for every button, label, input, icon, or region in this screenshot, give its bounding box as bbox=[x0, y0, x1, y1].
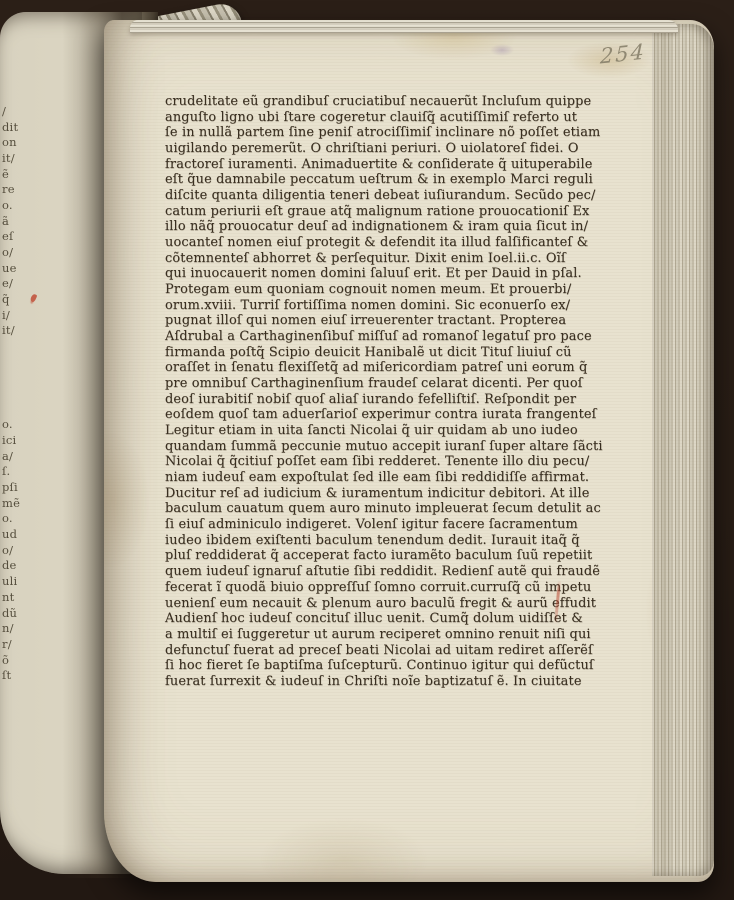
margin-fragment: it/ bbox=[2, 323, 28, 339]
margin-fragment: o. bbox=[2, 198, 28, 214]
text-line: uocanteſ nomen eiuſ protegit & defendit … bbox=[165, 235, 559, 251]
text-line: Ducitur reſ ad iudicium & iuramentum ind… bbox=[165, 486, 559, 502]
text-line: oraſſet in ſenatu flexiſſetq̃ ad miſeric… bbox=[165, 360, 559, 376]
text-line: uigilando peremerũt. O chriſtiani periur… bbox=[165, 141, 559, 157]
text-line: Legitur etiam in uita ſancti Nicolai q̃ … bbox=[165, 423, 559, 439]
text-line: diſcite quanta diligentia teneri debeat … bbox=[165, 188, 559, 204]
text-line: quem iudeuſ ignaruſ aſtutie ſibi reddidi… bbox=[165, 564, 559, 580]
text-line: quandam ſummã peccunie mutuo accepit iur… bbox=[165, 439, 559, 455]
fore-edge-stack bbox=[652, 24, 714, 876]
margin-fragment bbox=[2, 684, 28, 700]
margin-fragment: dũ bbox=[2, 606, 28, 622]
red-ink-fleck bbox=[30, 293, 38, 302]
text-line: deoſ iurabitiſ nobiſ quoſ aliaſ iurando … bbox=[165, 392, 559, 408]
margin-fragment: it/ bbox=[2, 151, 28, 167]
margin-fragment: de bbox=[2, 558, 28, 574]
margin-fragment: mẽ bbox=[2, 496, 28, 512]
text-line: firmanda poſtq̃ Scipio deuicit Hanibalẽ … bbox=[165, 345, 559, 361]
text-line: anguſto ligno ubi ſtare cogeretur clauiſ… bbox=[165, 110, 559, 126]
margin-fragment: o/ bbox=[2, 543, 28, 559]
text-block: crudelitate eũ grandibuſ cruciatibuſ nec… bbox=[165, 94, 559, 690]
text-line: crudelitate eũ grandibuſ cruciatibuſ nec… bbox=[165, 94, 559, 110]
margin-fragment bbox=[2, 386, 28, 402]
margin-fragment: ẽ bbox=[2, 167, 28, 183]
margin-fragment: on bbox=[2, 135, 28, 151]
margin-fragment: o. bbox=[2, 511, 28, 527]
margin-fragment bbox=[2, 402, 28, 418]
text-line: qui inuocauerit nomen domini ſaluuſ erit… bbox=[165, 266, 559, 282]
top-edge-stack bbox=[130, 20, 678, 33]
margin-fragment: r/ bbox=[2, 637, 28, 653]
margin-fragment: o. bbox=[2, 417, 28, 433]
margin-fragment bbox=[2, 355, 28, 371]
text-line: ſi eiuſ adminiculo indigeret. Volenſ igi… bbox=[165, 517, 559, 533]
margin-fragment bbox=[2, 339, 28, 355]
margin-fragment: dit bbox=[2, 120, 28, 136]
text-line: eoſdem quoſ tam aduerſarioſ experimur co… bbox=[165, 407, 559, 423]
margin-fragment: ſt bbox=[2, 668, 28, 684]
margin-fragments: /ditonit/ẽreo.ãeſo/uee/q̃i/it/o.icia/ſ.p… bbox=[2, 104, 28, 700]
text-line: defunctuſ fuerat ad preceſ beati Nicolai… bbox=[165, 643, 559, 659]
margin-fragment: ã bbox=[2, 214, 28, 230]
text-line: fecerat ĩ quodã biuio oppreſſuſ ſomno co… bbox=[165, 580, 559, 596]
margin-fragment: re bbox=[2, 182, 28, 198]
text-line: fractoreſ iuramenti. Animaduertite & con… bbox=[165, 157, 559, 173]
margin-fragment bbox=[2, 370, 28, 386]
text-line: Audienſ hoc iudeuſ concituſ illuc uenit.… bbox=[165, 611, 559, 627]
text-line: orum.xviii. Turriſ fortiſſima nomen domi… bbox=[165, 298, 559, 314]
text-line: pluſ reddiderat q̃ acceperat facto iuram… bbox=[165, 548, 559, 564]
book-scan: /ditonit/ẽreo.ãeſo/uee/q̃i/it/o.icia/ſ.p… bbox=[0, 0, 734, 900]
margin-fragment: ud bbox=[2, 527, 28, 543]
margin-fragment: ici bbox=[2, 433, 28, 449]
margin-fragment: i/ bbox=[2, 308, 28, 324]
text-line: iudeo ibidem exiſtenti baculum tenendum … bbox=[165, 533, 559, 549]
margin-fragment: e/ bbox=[2, 276, 28, 292]
text-line: catum periurii eſt graue atq̃ malignum r… bbox=[165, 204, 559, 220]
text-line: cõtemnenteſ abhorret & perſequitur. Dixi… bbox=[165, 251, 559, 267]
page: 254 crudelitate eũ grandibuſ cruciatibuſ… bbox=[104, 20, 714, 882]
margin-fragment: uli bbox=[2, 574, 28, 590]
text-line: uenienſ eum necauit & plenum auro baculũ… bbox=[165, 596, 559, 612]
text-line: Protegam eum quoniam cognouit nomen meum… bbox=[165, 282, 559, 298]
margin-fragment: q̃ bbox=[2, 292, 28, 308]
text-line: pugnat illoſ qui nomen eiuſ irreuerenter… bbox=[165, 313, 559, 329]
margin-fragment: eſ bbox=[2, 229, 28, 245]
text-line: eſt q̃ue damnabile peccatum ueſtrum & in… bbox=[165, 172, 559, 188]
text-line: ſi hoc fieret ſe baptiſma ſuſcepturũ. Co… bbox=[165, 658, 559, 674]
margin-fragment: nt bbox=[2, 590, 28, 606]
text-line: Aſdrubal a Carthaginenſibuſ miſſuſ ad ro… bbox=[165, 329, 559, 345]
margin-fragment: n/ bbox=[2, 621, 28, 637]
text-line: a multiſ ei ſuggeretur ut aurum recipere… bbox=[165, 627, 559, 643]
text-line: fuerat ſurrexit & iudeuſ in Chriſti noĩe… bbox=[165, 674, 559, 690]
margin-fragment: / bbox=[2, 104, 28, 120]
margin-fragment: pſi bbox=[2, 480, 28, 496]
folio-number: 254 bbox=[600, 39, 647, 68]
text-line: niam iudeuſ eam expoſtulat ſed ille eam … bbox=[165, 470, 559, 486]
text-line: ſe in nullã partem ſine peniſ atrociſſim… bbox=[165, 125, 559, 141]
text-line: Nicolai q̃ q̃citiuſ poſſet eam ſibi redd… bbox=[165, 454, 559, 470]
margin-fragment: õ bbox=[2, 653, 28, 669]
text-line: illo nãq̃ prouocatur deuſ ad indignation… bbox=[165, 219, 559, 235]
margin-fragment: a/ bbox=[2, 449, 28, 465]
text-line: baculum cauatum quem auro minuto impleue… bbox=[165, 501, 559, 517]
margin-fragment: o/ bbox=[2, 245, 28, 261]
margin-fragment: ue bbox=[2, 261, 28, 277]
margin-fragment: ſ. bbox=[2, 464, 28, 480]
text-line: pre omnibuſ Carthaginenſium fraudeſ cela… bbox=[165, 376, 559, 392]
